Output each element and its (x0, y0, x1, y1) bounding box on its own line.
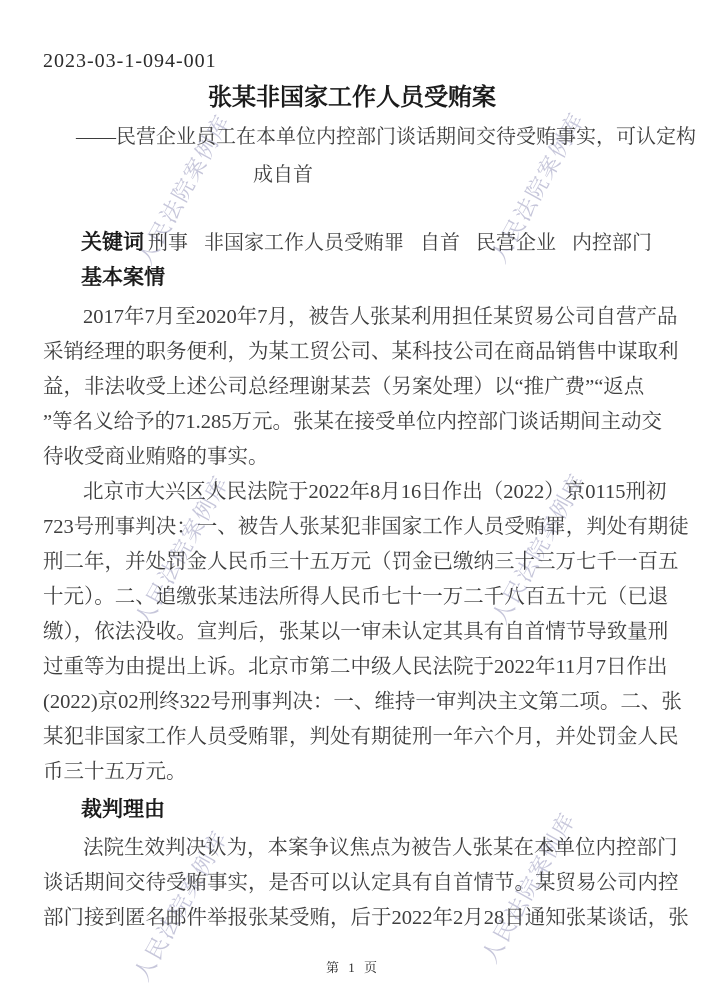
case-document-page: 人民法院案例库 人民法院案例库 人民法院案例库 人民法院案例库 人民法院案例库 … (0, 0, 706, 999)
facts-paragraph-2: 北京市大兴区人民法院于2022年8月16日作出（2022）京0115刑初723号… (43, 475, 661, 790)
keywords-label: 关键词 (81, 231, 144, 254)
text-line: ”等名义给予的71.285万元。张某在接受单位内控部门谈话期间主动交 (43, 405, 661, 440)
text-line: 谈话期间交待受贿事实，是否可以认定具有自首情节。某贸易公司内控 (43, 866, 661, 901)
keyword-term: 刑事 (148, 232, 188, 254)
text-line: 采销经理的职务便利，为某工贸公司、某科技公司在商品销售中谋取利 (43, 335, 661, 370)
text-line: 2017年7月至2020年7月，被告人张某利用担任某贸易公司自营产品 (43, 300, 661, 335)
text-line: 某犯非国家工作人员受贿罪，判处有期徒刑一年六个月，并处罚金人民 (43, 720, 661, 755)
keywords-terms: 刑事非国家工作人员受贿罪自首民营企业内控部门 (144, 232, 652, 254)
case-title: 张某非国家工作人员受贿案 (43, 84, 661, 112)
text-line: (2022)京02刑终322号刑事判决：一、维持一审判决主文第二项。二、张 (43, 685, 661, 720)
facts-paragraph-1: 2017年7月至2020年7月，被告人张某利用担任某贸易公司自营产品采销经理的职… (43, 300, 661, 475)
text-line: 待收受商业贿赂的事实。 (43, 440, 661, 475)
text-line: 十元）。二、追缴张某违法所得人民币七十一万二千八百五十元（已退 (43, 580, 661, 615)
text-line: 过重等为由提出上诉。北京市第二中级人民法院于2022年11月7日作出 (43, 650, 661, 685)
keyword-term: 民营企业 (476, 232, 556, 254)
case-subtitle: ——民营企业员工在本单位内控部门谈话期间交待受贿事实，可认定构 成自首 (43, 126, 661, 187)
text-line: 缴），依法没收。宣判后，张某以一审未认定其具有自首情节导致量刑 (43, 615, 661, 650)
page-number: 第 1 页 (326, 960, 380, 975)
text-line: 币三十五万元。 (43, 755, 661, 790)
document-content: 2023-03-1-094-001 张某非国家工作人员受贿案 ——民营企业员工在… (43, 0, 661, 936)
text-line: 益，非法收受上述公司总经理谢某芸（另案处理）以“推广费”“返点 (43, 370, 661, 405)
text-line: 部门接到匿名邮件举报张某受贿，后于2022年2月28日通知张某谈话，张 (43, 901, 661, 936)
keyword-term: 非国家工作人员受贿罪 (204, 232, 404, 254)
text-line: 法院生效判决认为，本案争议焦点为被告人张某在本单位内控部门 (43, 831, 661, 866)
section-heading-basic-facts: 基本案情 (43, 266, 661, 290)
keyword-term: 内控部门 (572, 232, 652, 254)
subtitle-line-2: 成自首 (0, 164, 592, 187)
reasons-paragraph-1: 法院生效判决认为，本案争议焦点为被告人张某在本单位内控部门谈话期间交待受贿事实，… (43, 831, 661, 936)
subtitle-line-1: ——民营企业员工在本单位内控部门谈话期间交待受贿事实，可认定构 (43, 126, 661, 149)
section-heading-judgment-reasons: 裁判理由 (43, 798, 661, 822)
text-line: 723号刑事判决：一、被告人张某犯非国家工作人员受贿罪，判处有期徒 (43, 510, 661, 545)
keywords-row: 关键词刑事非国家工作人员受贿罪自首民营企业内控部门 (43, 231, 661, 255)
keyword-term: 自首 (420, 232, 460, 254)
text-line: 北京市大兴区人民法院于2022年8月16日作出（2022）京0115刑初 (43, 475, 661, 510)
text-line: 刑二年，并处罚金人民币三十五万元（罚金已缴纳三十三万七千一百五 (43, 545, 661, 580)
page-footer: 第 1 页 (0, 960, 706, 976)
doc-number: 2023-03-1-094-001 (43, 50, 661, 72)
